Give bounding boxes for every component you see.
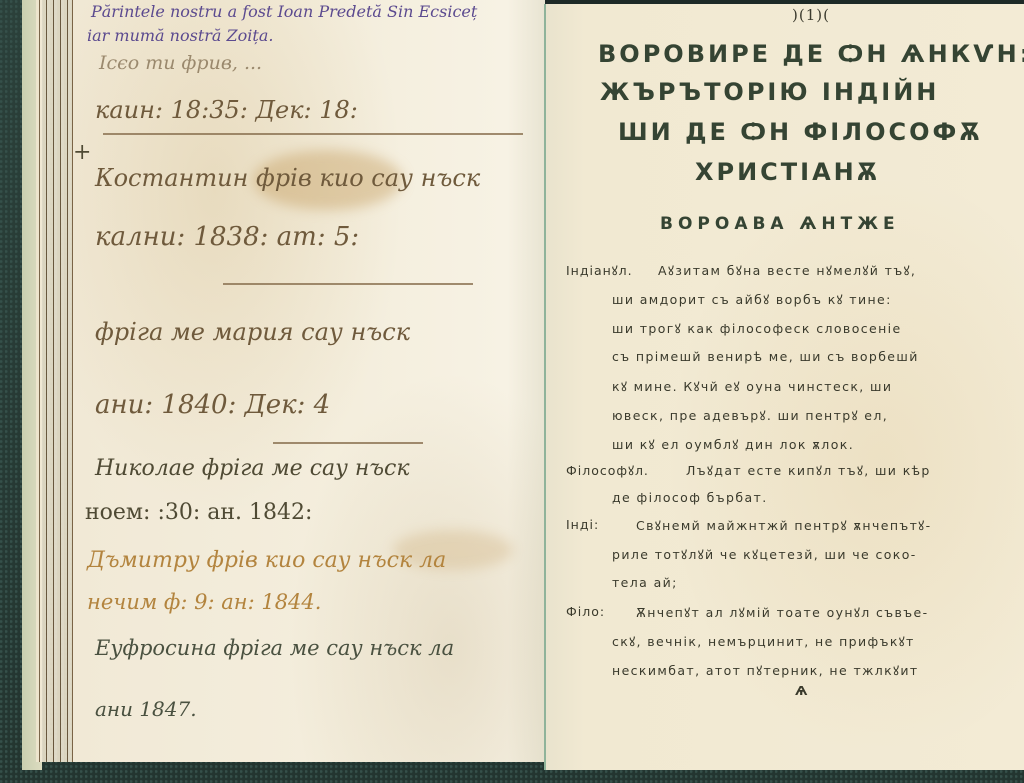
left-page-handwritten: Părintele nostru a fost Ioan Predetă Sin… <box>72 0 545 762</box>
underline <box>223 283 473 285</box>
catchword: Ѧ <box>795 683 809 698</box>
inscription-line: Еуфросина фріга ме сау нъск ла <box>95 636 454 660</box>
inscription-line: кални: 1838: ат: 5: <box>95 222 359 252</box>
title-line: ШИ ДЕ ѺН ФІЛОСОФѪ <box>618 118 983 146</box>
inscription-line: ани: 1840: Дек: 4 <box>95 390 330 420</box>
speaker-label: Інді: <box>566 517 599 532</box>
text-line: Ѫнчепꙋт ал лꙋмій тоате оунꙋл съвъе- <box>636 604 929 621</box>
inscription-line: Костантин фрів кио сау нъск <box>95 164 480 192</box>
text-line: де філософ бърбат. <box>612 490 768 505</box>
speaker-label: Філософꙋл. <box>566 462 649 479</box>
text-line: съ прімешй венирѣ ме, ши съ ворбешй <box>612 349 919 364</box>
text-line: ювеск, пре адевърꙋ. ши пентрꙋ ел, <box>612 407 888 424</box>
inscription-line: ноем: :30: ан. 1842: <box>85 500 312 525</box>
inscription-line: нечим ф: 9: ан: 1844. <box>87 590 321 614</box>
page-edges <box>36 0 76 762</box>
text-line: скꙋ, вечнік, немърцинит, не прифъкꙋт <box>612 633 915 650</box>
cross-mark: + <box>73 140 91 165</box>
inscription-line: Николае фріга ме сау нъск <box>95 456 410 481</box>
text-line: кꙋ мине. Кꙋчй еꙋ оуна чинстеск, ши <box>612 378 892 395</box>
text-line: нескимбат, атот пꙋтерник, не тжлкꙋит <box>612 662 919 679</box>
inscription-line: Дъмитру фрів кио сау нъск ла <box>87 548 446 573</box>
text-line: ши амдорит съ айбꙋ ворбъ кꙋ тине: <box>612 291 892 308</box>
text-line: ши трогꙋ как філософеск словосеніе <box>612 320 902 337</box>
page-number: )(1)( <box>792 6 830 24</box>
text-line: Свꙋнемй майжнтжй пентрꙋ ѫнчепътꙋ- <box>636 517 931 534</box>
inscription-line: фріга ме мария сау нъск <box>95 318 410 346</box>
text-line: Аꙋзитам бꙋна весте нꙋмелꙋй тъꙋ, <box>658 262 916 279</box>
speaker-label: Індіанꙋл. <box>566 262 633 279</box>
inscription-line: ани 1847. <box>95 697 197 721</box>
title-line: ХРИСТІАНѪ <box>695 158 880 186</box>
speaker-label: Філо: <box>566 604 605 619</box>
underline <box>273 442 423 444</box>
text-line: риле тотꙋлꙋй че кꙋцетезй, ши че соко- <box>612 546 917 563</box>
title-line: ЖЪРЪТОРІЮ ІНДІЙН <box>600 78 939 106</box>
inscription-line: Părintele nostru a fost Ioan Predetă Sin… <box>91 2 477 21</box>
text-line: ши кꙋ ел оумблꙋ дин лок ѫлок. <box>612 436 854 453</box>
inscription-line: каин: 18:35: Дек: 18: <box>95 96 358 124</box>
inscription-line: iar mumă nostră Zoița. <box>87 26 273 45</box>
text-line: Лъꙋдат есте кипꙋл тъꙋ, ши кѣр <box>686 462 931 479</box>
underline <box>103 133 523 135</box>
title-line: ВОРОВИРЕ ДЕ ѺН ѦНКѴН: <box>598 40 1024 68</box>
subtitle: ВОРОАВА ѦНТЖЕ <box>660 214 900 234</box>
inscription-line: Ісєо ти фрив, ... <box>99 52 262 74</box>
text-line: тела ай; <box>612 575 678 590</box>
